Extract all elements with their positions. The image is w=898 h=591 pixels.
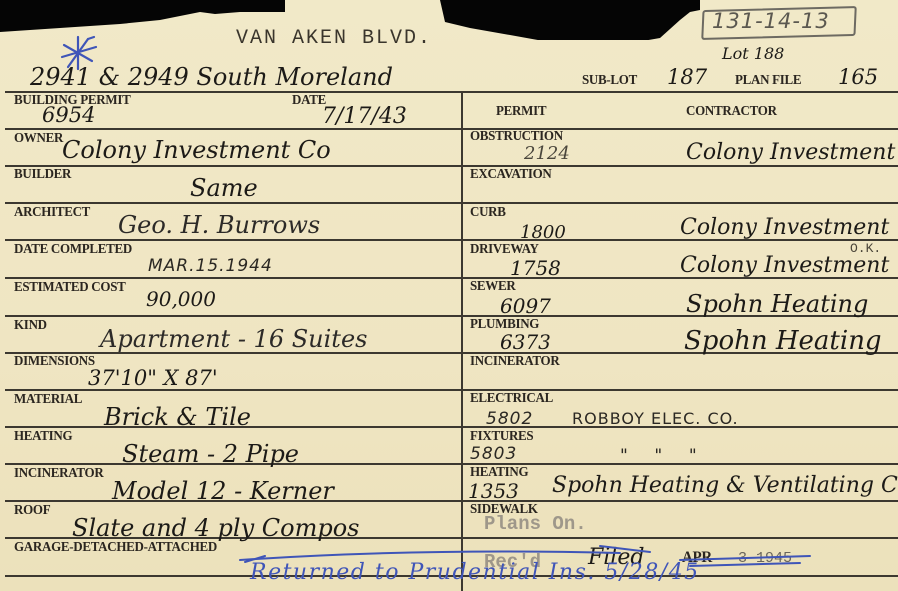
returned-note: Returned to Prudential Ins. 5/28/45	[250, 560, 700, 585]
blue-strike-lines	[0, 0, 898, 591]
permit-card: VAN AKEN BLVD. 131-14-13 Lot 188 2941 & …	[0, 0, 898, 591]
